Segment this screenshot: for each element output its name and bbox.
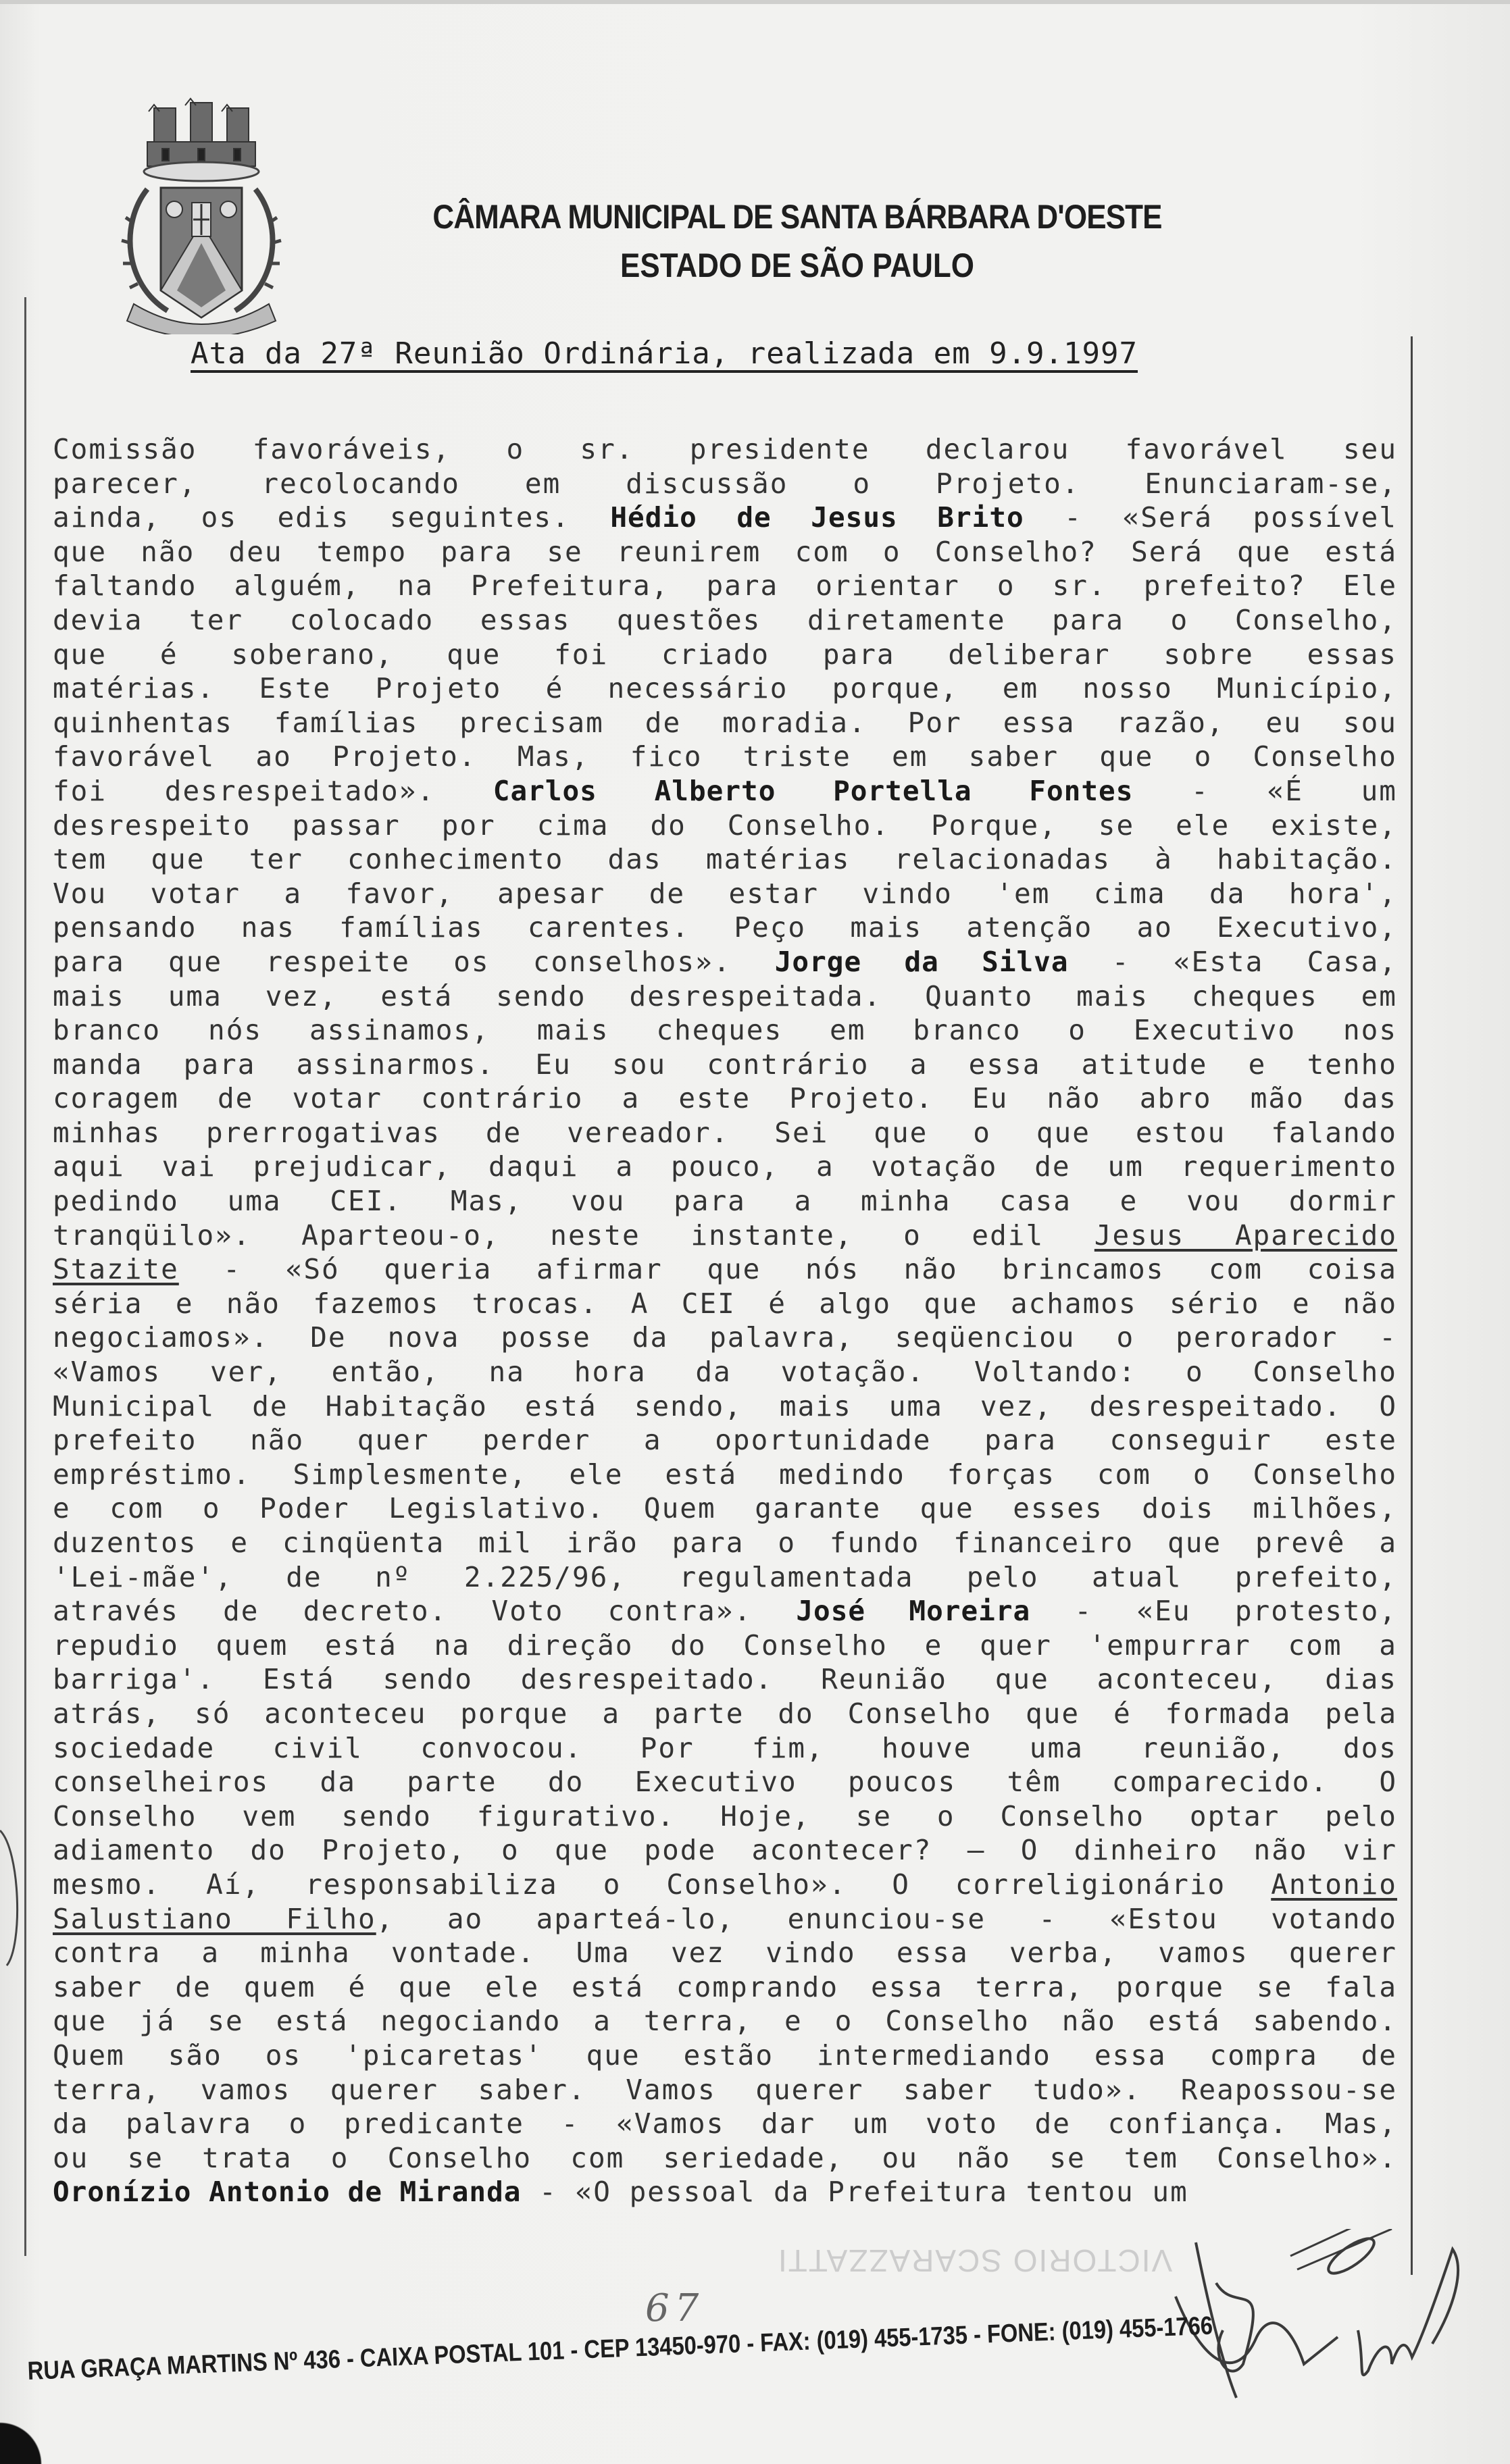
- text-segment: - «O pessoal da Prefeitura tentou um: [521, 2176, 1188, 2208]
- text-segment: Quem são os 'picaretas' que estão interm…: [53, 2039, 1397, 2072]
- text-segment: - «Só queria afirmar que nós não brincam…: [179, 1253, 1397, 1285]
- text-line: mais uma vez, está sendo desrespeitada. …: [53, 979, 1397, 1014]
- text-line: minhas prerrogativas de vereador. Sei qu…: [53, 1116, 1397, 1150]
- text-segment: adiamento do Projeto, o que pode acontec…: [53, 1834, 1397, 1866]
- text-segment: aqui vai prejudicar, daqui a pouco, a vo…: [53, 1150, 1397, 1183]
- text-segment: minhas prerrogativas de vereador. Sei qu…: [53, 1116, 1397, 1149]
- text-line: Oronízio Antonio de Miranda - «O pessoal…: [53, 2175, 1397, 2209]
- text-line: da palavra o predicante - «Vamos dar um …: [53, 2107, 1397, 2141]
- text-segment: matérias. Este Projeto é necessário porq…: [53, 672, 1397, 704]
- document-page: CÂMARA MUNICIPAL DE SANTA BÁRBARA D'OEST…: [0, 0, 1510, 2464]
- text-line: contra a minha vontade. Uma vez vindo es…: [53, 1936, 1397, 1970]
- text-segment: repudio quem está na direção do Conselho…: [53, 1629, 1397, 1662]
- text-line: ainda, os edis seguintes. Hédio de Jesus…: [53, 500, 1397, 535]
- speaker-name: Oronízio Antonio de Miranda: [53, 2176, 521, 2208]
- text-line: empréstimo. Simplesmente, ele está medin…: [53, 1458, 1397, 1492]
- document-title: Ata da 27ª Reunião Ordinária, realizada …: [191, 336, 1138, 371]
- text-segment: e com o Poder Legislativo. Quem garante …: [53, 1492, 1397, 1524]
- text-line: Quem são os 'picaretas' que estão interm…: [53, 2038, 1397, 2073]
- text-line: favorável ao Projeto. Mas, fico triste e…: [53, 740, 1397, 774]
- text-line: adiamento do Projeto, o que pode acontec…: [53, 1833, 1397, 1868]
- text-line: faltando alguém, na Prefeitura, para ori…: [53, 569, 1397, 603]
- footer-address: RUA GRAÇA MARTINS Nº 436 - CAIXA POSTAL …: [27, 2312, 1213, 2386]
- text-segment: tem que ter conhecimento das matérias re…: [53, 843, 1397, 875]
- text-segment: saber de quem é que ele está comprando e…: [53, 1971, 1397, 2003]
- text-segment: que é soberano, que foi criado para deli…: [53, 638, 1397, 671]
- text-line: manda para assinarmos. Eu sou contrário …: [53, 1048, 1397, 1082]
- text-line: devia ter colocado essas questões direta…: [53, 603, 1397, 638]
- text-segment: séria e não fazemos trocas. A CEI é algo…: [53, 1287, 1397, 1320]
- page-number: 67: [645, 2286, 704, 2330]
- text-segment: ainda, os edis seguintes.: [53, 501, 610, 534]
- text-segment: pensando nas famílias carentes. Peço mai…: [53, 911, 1397, 944]
- text-segment: foi desrespeitado».: [53, 775, 493, 807]
- speaker-name: Hédio de Jesus Brito: [610, 501, 1024, 534]
- institution-name: CÂMARA MUNICIPAL DE SANTA BÁRBARA D'OEST…: [351, 197, 1243, 236]
- text-segment: Vou votar a favor, apesar de estar vindo…: [53, 877, 1397, 910]
- text-segment: quinhentas famílias precisam de moradia.…: [53, 707, 1397, 739]
- text-line: matérias. Este Projeto é necessário porq…: [53, 671, 1397, 706]
- text-line: mesmo. Aí, responsabiliza o Conselho». O…: [53, 1868, 1397, 1902]
- text-line: pensando nas famílias carentes. Peço mai…: [53, 910, 1397, 945]
- text-segment: Municipal de Habitação está sendo, mais …: [53, 1390, 1397, 1422]
- speaker-name: Carlos Alberto Portella Fontes: [493, 775, 1134, 807]
- text-line: 'Lei-mãe', de nº 2.225/96, regulamentada…: [53, 1560, 1397, 1595]
- text-line: através de decreto. Voto contra». José M…: [53, 1594, 1397, 1628]
- speaker-name: José Moreira: [796, 1595, 1030, 1627]
- text-line: parecer, recolocando em discussão o Proj…: [53, 467, 1397, 501]
- text-segment: - «Esta Casa,: [1069, 946, 1397, 978]
- text-line: que é soberano, que foi criado para deli…: [53, 638, 1397, 672]
- underlined-name: Salustiano Filho: [53, 1903, 376, 1935]
- text-segment: - «Eu protesto,: [1030, 1595, 1397, 1627]
- state-name: ESTADO DE SÃO PAULO: [351, 246, 1243, 285]
- text-line: quinhentas famílias precisam de moradia.…: [53, 706, 1397, 740]
- text-segment: devia ter colocado essas questões direta…: [53, 604, 1397, 636]
- text-segment: favorável ao Projeto. Mas, fico triste e…: [53, 740, 1397, 773]
- page-top-edge: [0, 0, 1510, 4]
- left-margin-rule: [24, 297, 26, 2256]
- text-line: pedindo uma CEI. Mas, vou para a minha c…: [53, 1184, 1397, 1218]
- right-margin-rule: [1411, 336, 1413, 2275]
- text-line: tem que ter conhecimento das matérias re…: [53, 842, 1397, 877]
- text-line: saber de quem é que ele está comprando e…: [53, 1970, 1397, 2005]
- text-line: ou se trata o Conselho com seriedade, ou…: [53, 2141, 1397, 2176]
- text-segment: mais uma vez, está sendo desrespeitada. …: [53, 980, 1397, 1012]
- text-line: desrespeito passar por cima do Conselho.…: [53, 808, 1397, 843]
- text-line: Stazite - «Só queria afirmar que nós não…: [53, 1252, 1397, 1287]
- text-line: e com o Poder Legislativo. Quem garante …: [53, 1491, 1397, 1526]
- letterhead: CÂMARA MUNICIPAL DE SANTA BÁRBARA D'OEST…: [291, 197, 1304, 285]
- text-segment: mesmo. Aí, responsabiliza o Conselho». O…: [53, 1868, 1271, 1901]
- text-line: Conselho vem sendo figurativo. Hoje, se …: [53, 1799, 1397, 1834]
- text-line: repudio quem está na direção do Conselho…: [53, 1628, 1397, 1663]
- text-segment: para que respeite os conselhos».: [53, 946, 775, 978]
- text-segment: sociedade civil convocou. Por fim, houve…: [53, 1732, 1397, 1764]
- text-segment: conselheiros da parte do Executivo pouco…: [53, 1766, 1397, 1798]
- text-line: que já se está negociando a terra, e o C…: [53, 2004, 1397, 2038]
- text-segment: que não deu tempo para se reunirem com o…: [53, 536, 1397, 568]
- text-line: barriga'. Está sendo desrespeitado. Reun…: [53, 1662, 1397, 1697]
- text-segment: , ao aparteá-lo, enunciou-se - «Estou vo…: [376, 1903, 1397, 1935]
- text-segment: através de decreto. Voto contra».: [53, 1595, 796, 1627]
- text-segment: atrás, só aconteceu porque a parte do Co…: [53, 1697, 1397, 1730]
- minutes-body: Comissão favoráveis, o sr. presidente de…: [53, 432, 1397, 2209]
- text-segment: duzentos e cinqüenta mil irão para o fun…: [53, 1526, 1397, 1559]
- speaker-name: Jorge da Silva: [775, 946, 1069, 978]
- text-line: para que respeite os conselhos». Jorge d…: [53, 945, 1397, 979]
- text-line: negociamos». De nova posse da palavra, s…: [53, 1320, 1397, 1355]
- text-line: terra, vamos querer saber. Vamos querer …: [53, 2073, 1397, 2107]
- text-line: foi desrespeitado». Carlos Alberto Porte…: [53, 774, 1397, 808]
- text-segment: desrespeito passar por cima do Conselho.…: [53, 809, 1397, 842]
- bleed-through-stamp: VICTORIO SCARAZZATTI: [777, 2242, 1172, 2279]
- text-line: aqui vai prejudicar, daqui a pouco, a vo…: [53, 1150, 1397, 1184]
- text-segment: 'Lei-mãe', de nº 2.225/96, regulamentada…: [53, 1561, 1397, 1593]
- text-line: Comissão favoráveis, o sr. presidente de…: [53, 432, 1397, 467]
- text-segment: Comissão favoráveis, o sr. presidente de…: [53, 433, 1397, 465]
- text-segment: ou se trata o Conselho com seriedade, ou…: [53, 2142, 1397, 2174]
- coat-of-arms-icon: [107, 88, 296, 334]
- text-segment: barriga'. Está sendo desrespeitado. Reun…: [53, 1663, 1397, 1695]
- text-segment: coragem de votar contrário a este Projet…: [53, 1082, 1397, 1114]
- text-segment: contra a minha vontade. Uma vez vindo es…: [53, 1936, 1397, 1969]
- text-line: duzentos e cinqüenta mil irão para o fun…: [53, 1526, 1397, 1560]
- text-line: conselheiros da parte do Executivo pouco…: [53, 1765, 1397, 1799]
- text-line: branco nós assinamos, mais cheques em br…: [53, 1013, 1397, 1048]
- underlined-name: Jesus Aparecido: [1094, 1219, 1397, 1252]
- margin-mark-icon: [0, 1810, 24, 1986]
- text-segment: branco nós assinamos, mais cheques em br…: [53, 1014, 1397, 1046]
- text-segment: pedindo uma CEI. Mas, vou para a minha c…: [53, 1185, 1397, 1217]
- text-line: Vou votar a favor, apesar de estar vindo…: [53, 877, 1397, 911]
- text-line: que não deu tempo para se reunirem com o…: [53, 535, 1397, 569]
- text-line: coragem de votar contrário a este Projet…: [53, 1081, 1397, 1116]
- scan-corner-shadow: [0, 2405, 54, 2464]
- text-line: Municipal de Habitação está sendo, mais …: [53, 1389, 1397, 1424]
- text-segment: - «É um: [1133, 775, 1397, 807]
- text-line: atrás, só aconteceu porque a parte do Co…: [53, 1697, 1397, 1731]
- text-segment: «Vamos ver, então, na hora da votação. V…: [53, 1356, 1397, 1388]
- text-segment: - «Será possível: [1024, 501, 1397, 534]
- text-line: séria e não fazemos trocas. A CEI é algo…: [53, 1287, 1397, 1321]
- text-segment: manda para assinarmos. Eu sou contrário …: [53, 1048, 1397, 1081]
- text-line: prefeito não quer perder a oportunidade …: [53, 1423, 1397, 1458]
- text-segment: prefeito não quer perder a oportunidade …: [53, 1424, 1397, 1456]
- text-line: sociedade civil convocou. Por fim, houve…: [53, 1731, 1397, 1766]
- underlined-name: Antonio: [1271, 1868, 1397, 1901]
- text-segment: Conselho vem sendo figurativo. Hoje, se …: [53, 1800, 1397, 1832]
- text-line: Salustiano Filho, ao aparteá-lo, enuncio…: [53, 1902, 1397, 1936]
- text-segment: que já se está negociando a terra, e o C…: [53, 2005, 1397, 2037]
- underlined-name: Stazite: [53, 1253, 179, 1285]
- text-segment: empréstimo. Simplesmente, ele está medin…: [53, 1458, 1397, 1491]
- text-line: tranqüilo». Aparteou-o, neste instante, …: [53, 1218, 1397, 1253]
- text-segment: da palavra o predicante - «Vamos dar um …: [53, 2107, 1397, 2140]
- text-line: «Vamos ver, então, na hora da votação. V…: [53, 1355, 1397, 1389]
- text-segment: parecer, recolocando em discussão o Proj…: [53, 467, 1397, 500]
- text-segment: tranqüilo». Aparteou-o, neste instante, …: [53, 1219, 1094, 1252]
- text-segment: terra, vamos querer saber. Vamos querer …: [53, 2074, 1397, 2106]
- text-segment: faltando alguém, na Prefeitura, para ori…: [53, 569, 1397, 602]
- text-segment: negociamos». De nova posse da palavra, s…: [53, 1321, 1397, 1354]
